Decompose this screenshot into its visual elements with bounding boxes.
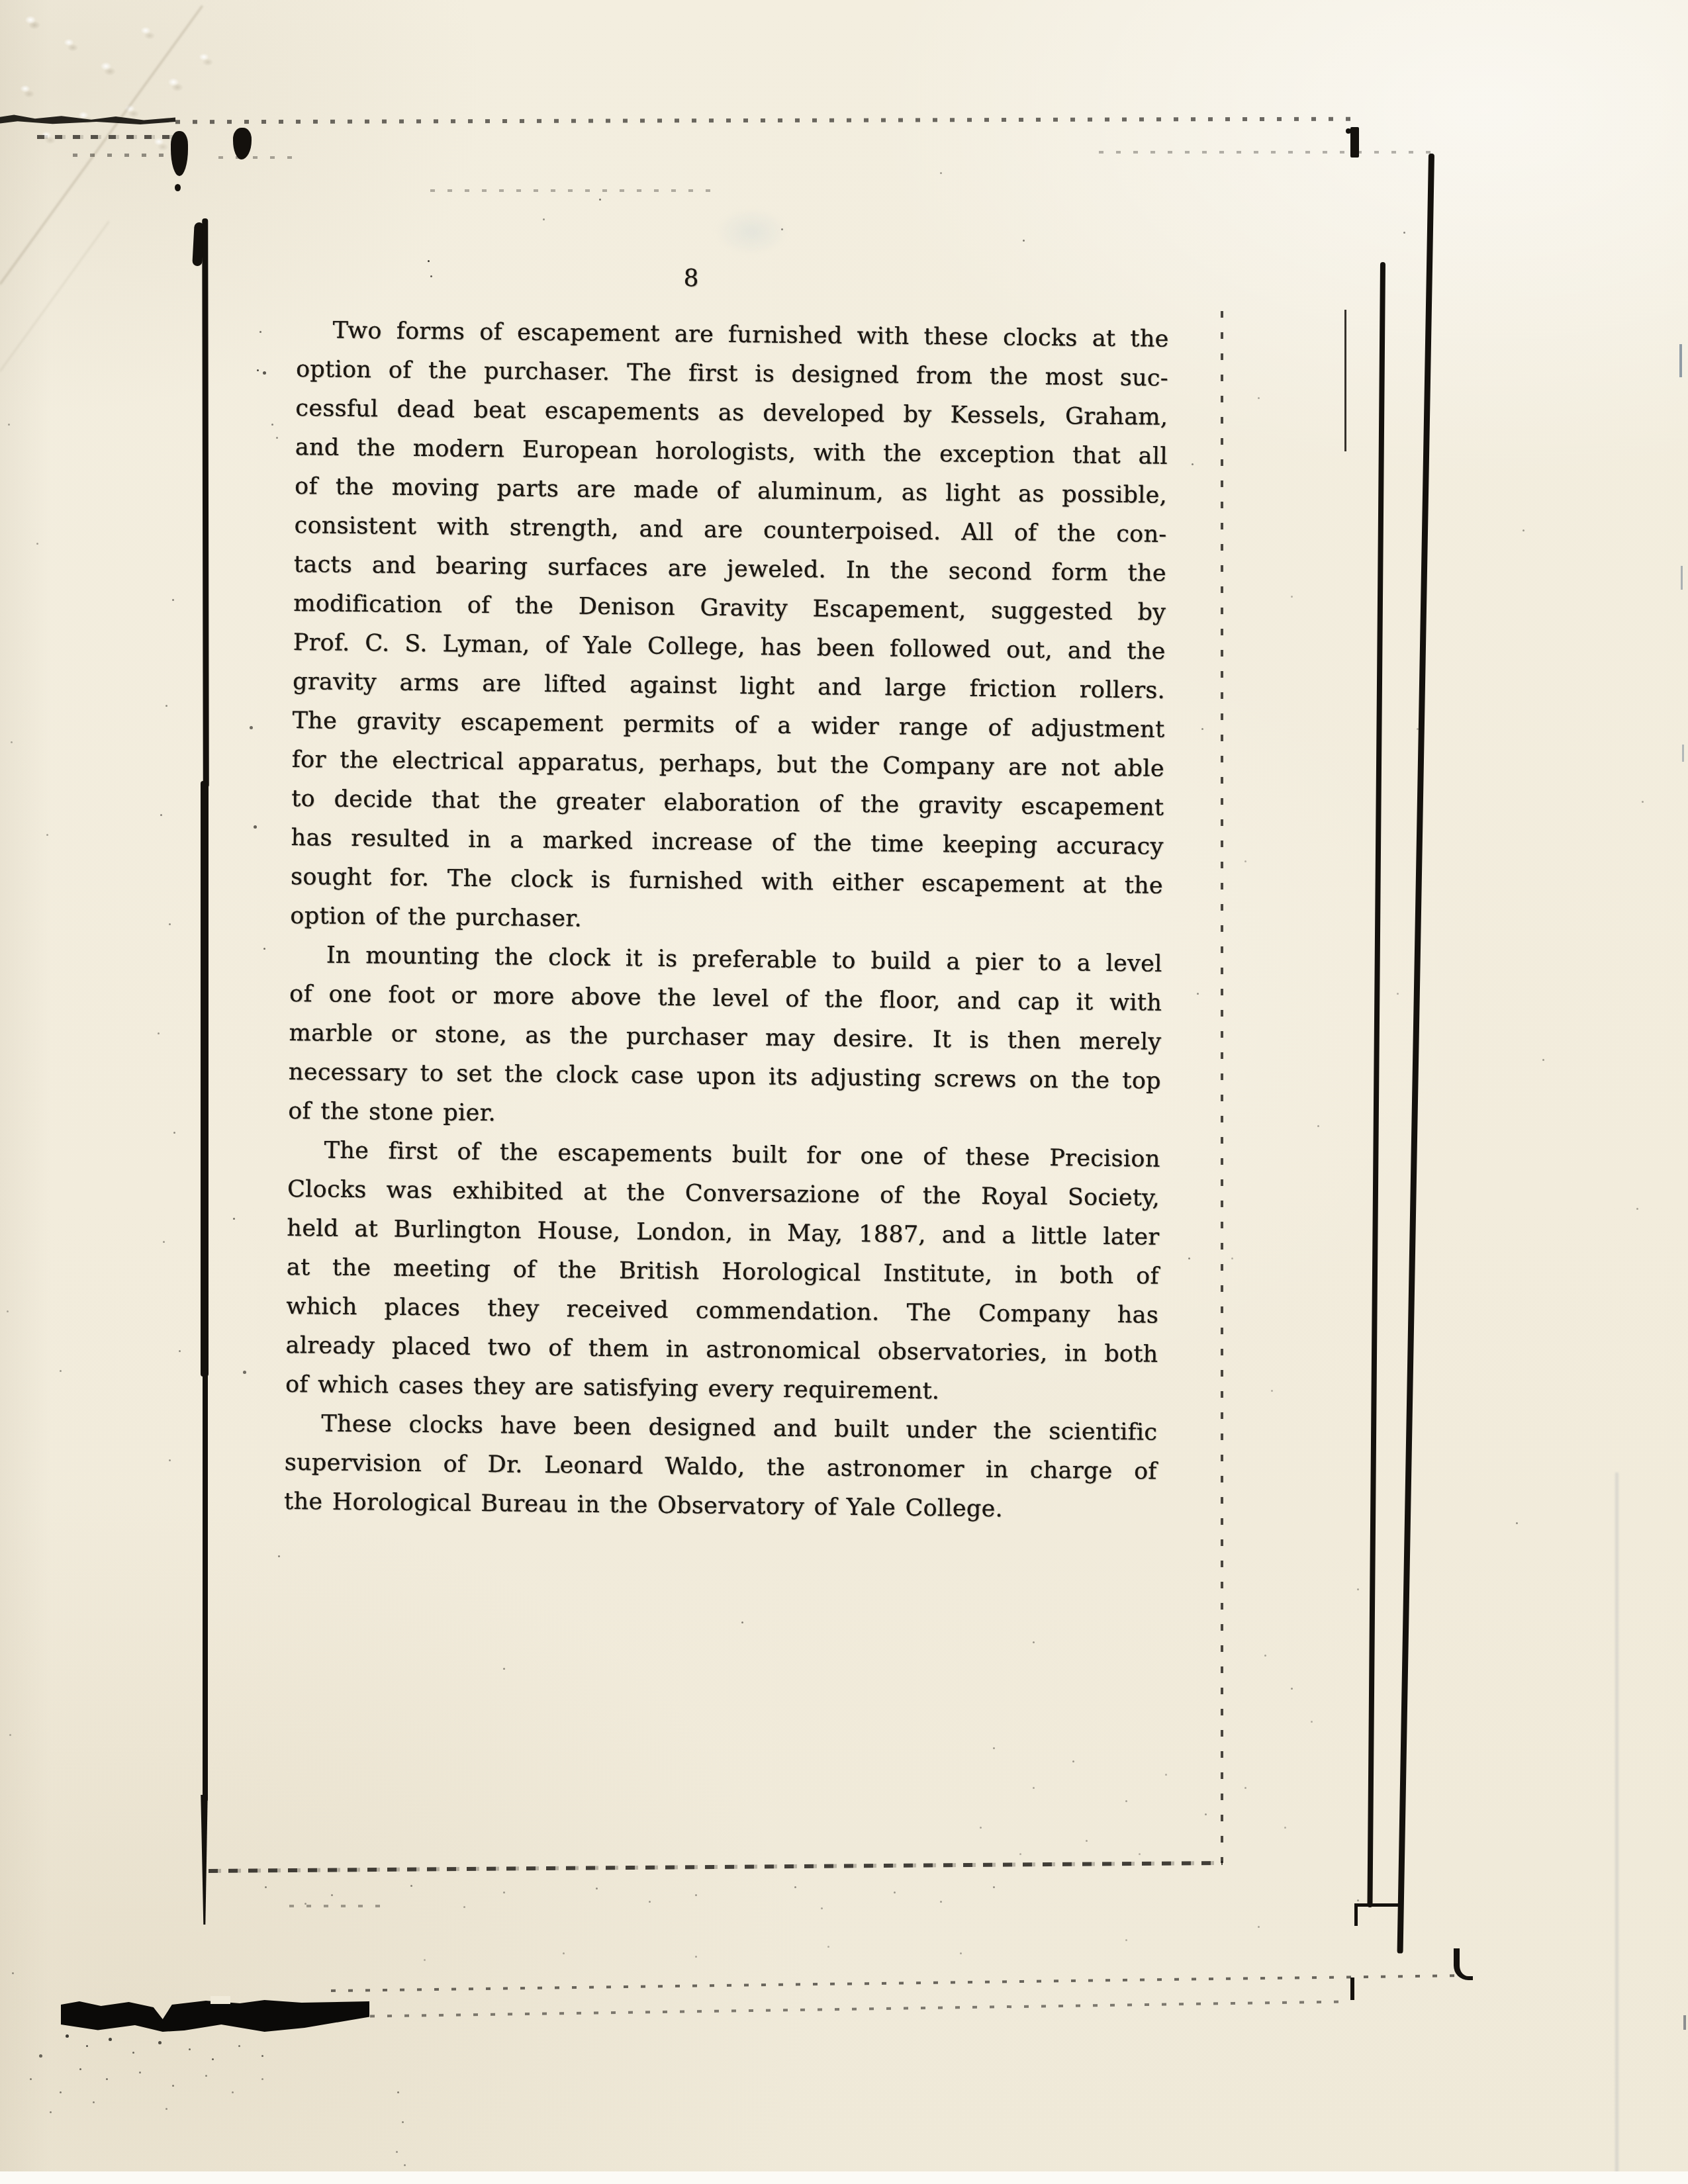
bottom-fringe-dashes [289, 1905, 389, 1907]
bottom-border-dotted-2 [331, 1974, 1463, 1992]
bottom-bar-notch [211, 1996, 230, 2004]
page-number: 8 [683, 265, 699, 292]
left-border-segment-2 [201, 781, 209, 1377]
bottom-border-dotted-3 [301, 2000, 1350, 2019]
paragraph-3: The first of the escapements built for o… [285, 1131, 1160, 1414]
scan-streak-top-dashed [175, 117, 1350, 124]
scan-streak-secondary [37, 135, 173, 139]
paper-crease-diagonal-2 [0, 221, 109, 372]
paper-wrinkle-texture [5, 1, 270, 200]
paper-smudge [715, 208, 788, 255]
paragraph-1: Two forms of escapement are furnished wi… [290, 311, 1169, 945]
left-border-taper [199, 1795, 209, 1925]
edge-mark-2 [1681, 566, 1683, 590]
scan-streak-secondary-4 [1099, 151, 1440, 154]
tick-mark-bottom-right [1350, 1978, 1354, 2000]
page-text-block: 8 Two forms of escapement are furnished … [284, 311, 1169, 1531]
scanner-edge-strip [0, 2171, 1688, 2184]
bottom-border-speckled [209, 1861, 1223, 1873]
right-border-dotted [1221, 311, 1223, 1863]
speckle-field-bottom-cloud [0, 0, 2, 2]
paragraph-2: In mounting the clock it is preferable t… [288, 936, 1162, 1140]
edge-mark-3 [1682, 745, 1684, 762]
toner-blob-1-dot [175, 184, 181, 191]
paper-crease-right [1615, 1473, 1618, 2184]
scan-streak-secondary-2 [73, 154, 179, 157]
left-border-segment-1 [202, 218, 209, 788]
hook-mark-vertical [1354, 1903, 1358, 1926]
scan-streak-faint-row [430, 189, 722, 192]
toner-mark-one-head [1346, 128, 1351, 134]
scan-streak-secondary-3 [218, 156, 305, 159]
left-border-segment-3 [203, 1370, 208, 1801]
edge-mark-4 [1683, 2015, 1686, 2030]
hook-mark-horizontal [1354, 1903, 1398, 1907]
toner-mark-one [1350, 127, 1359, 158]
right-border-thin [1344, 310, 1346, 451]
paragraph-4: These clocks have been designed and buil… [284, 1404, 1158, 1531]
right-border-thick [1367, 262, 1385, 1907]
scanned-page: 8 Two forms of escapement are furnished … [0, 0, 1688, 2184]
edge-mark-1 [1679, 344, 1682, 377]
right-border-outer [1397, 154, 1434, 1954]
